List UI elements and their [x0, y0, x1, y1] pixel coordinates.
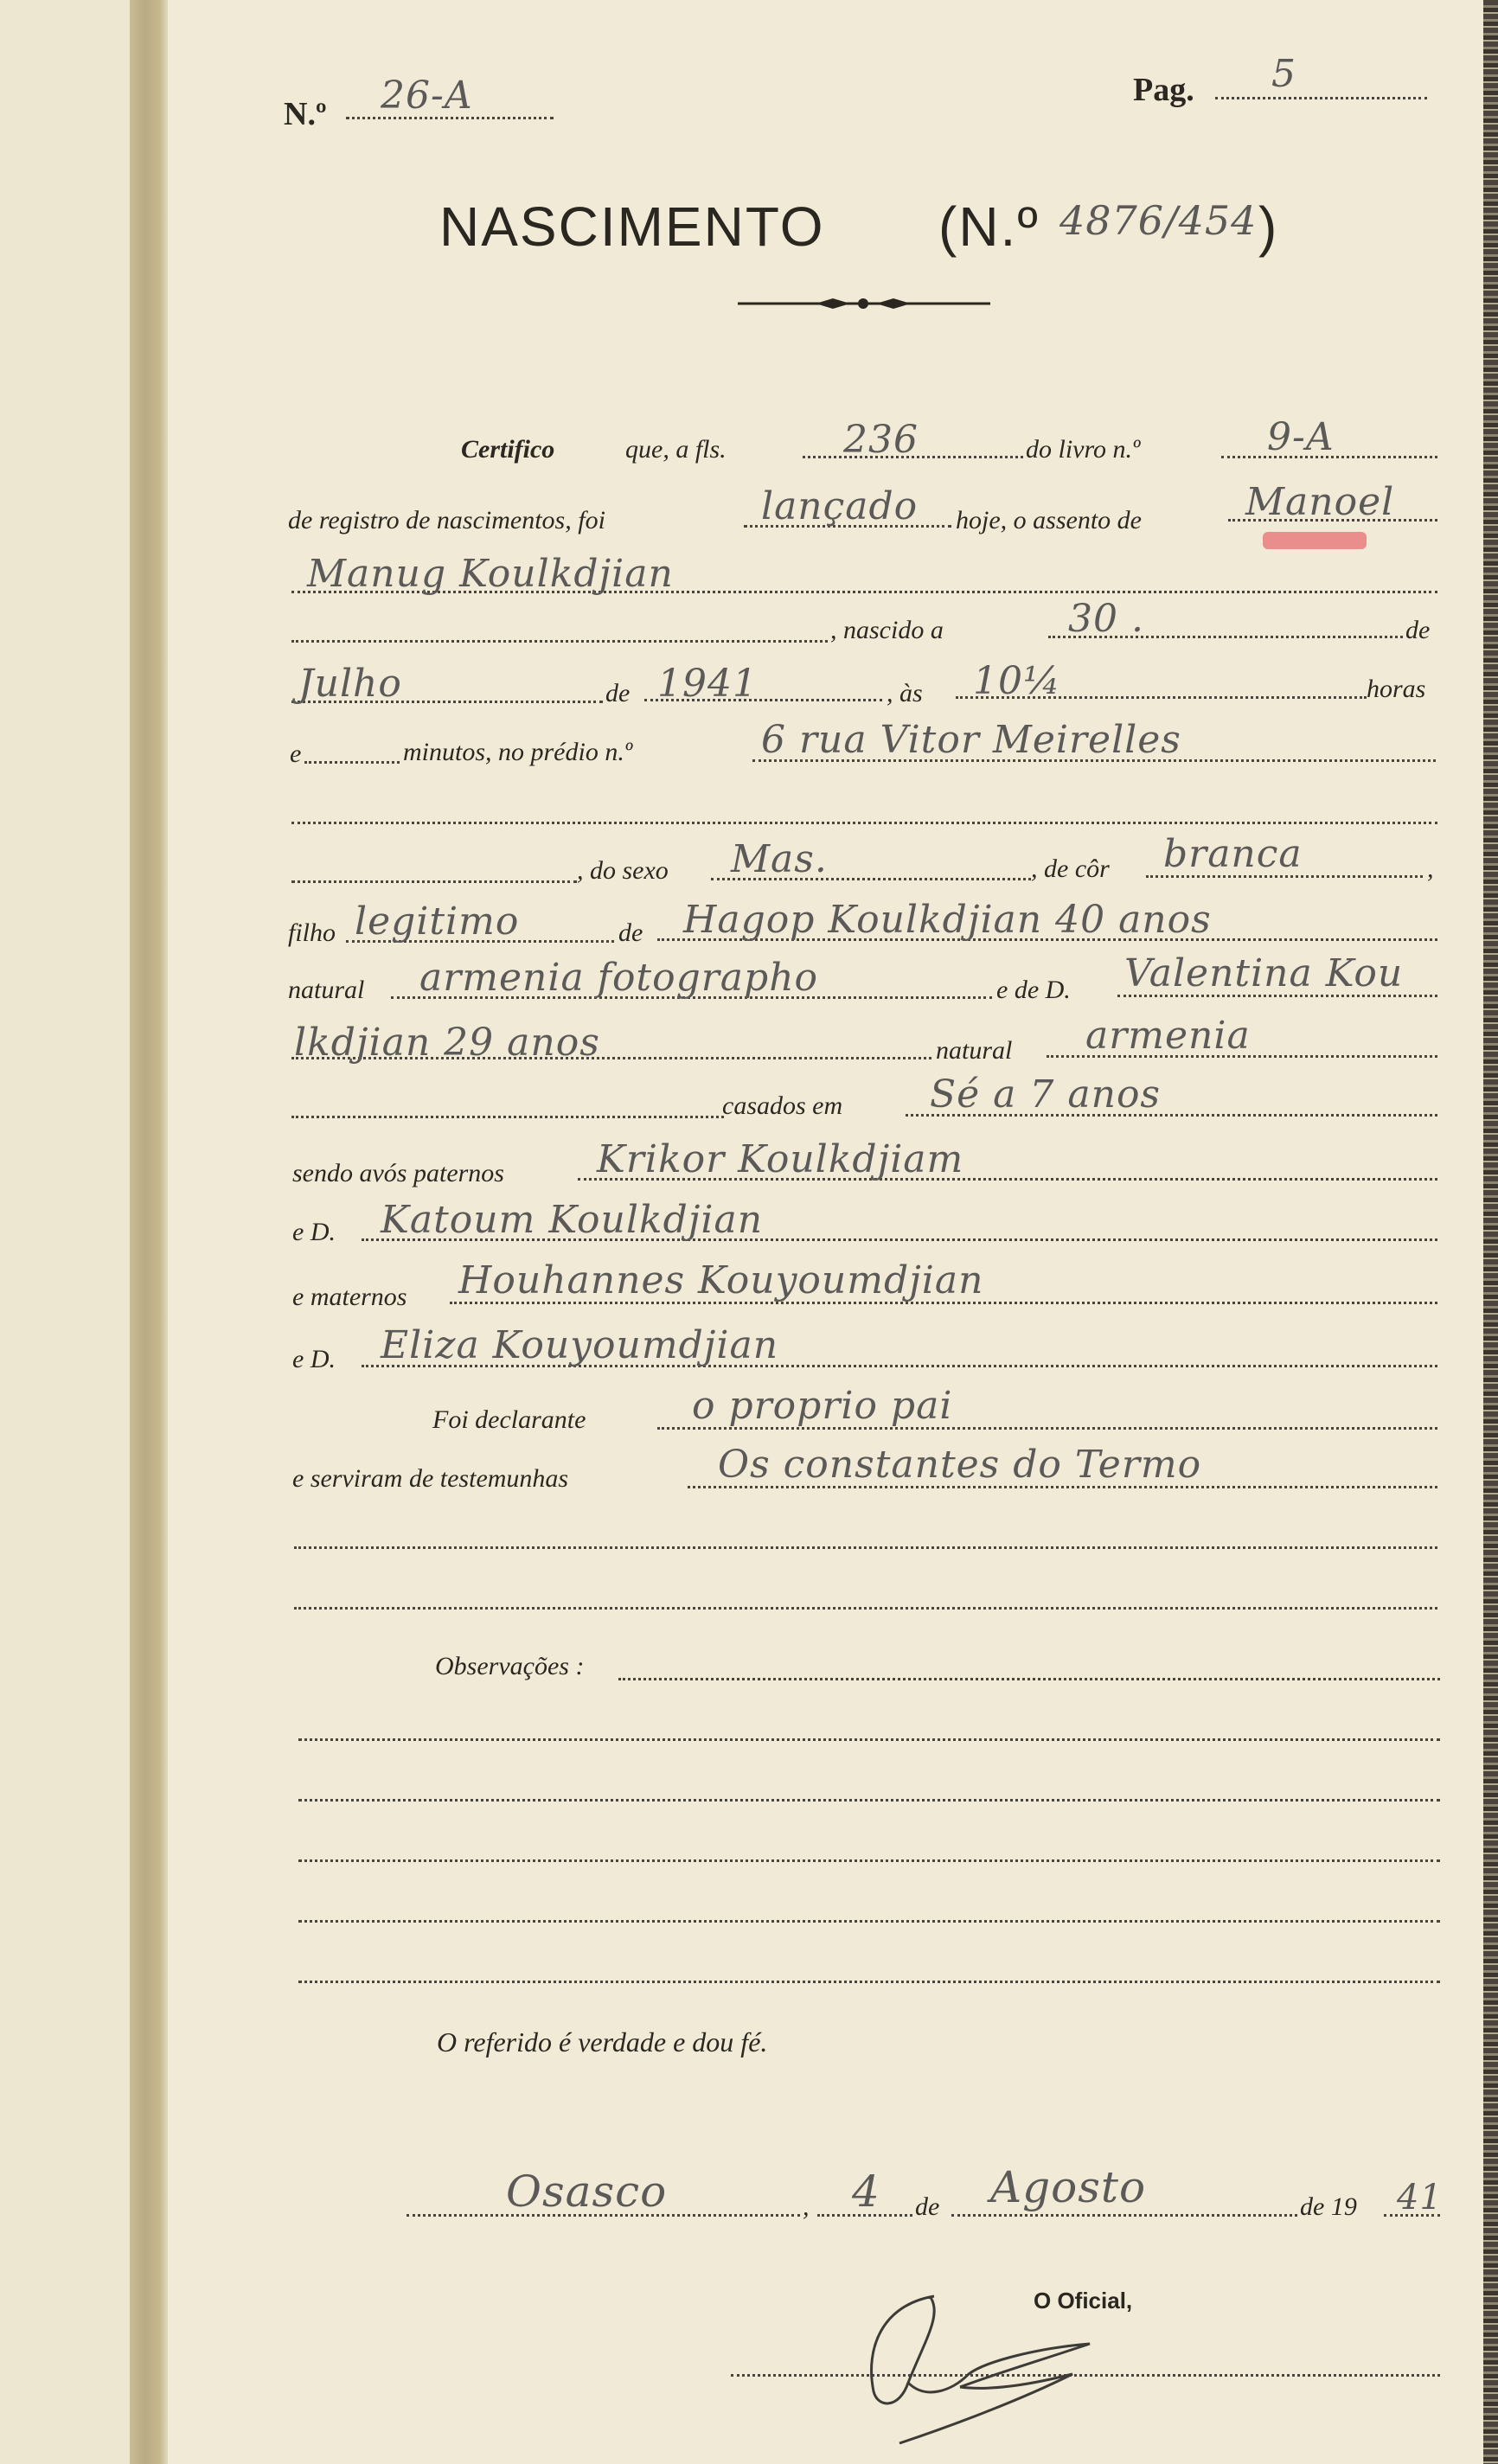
record-number-prefix: (N.º	[938, 195, 1040, 259]
maternos-label: e maternos	[292, 1283, 407, 1312]
mother-origin-value: armenia	[1085, 1014, 1251, 1058]
livro-value: 9-A	[1267, 415, 1335, 459]
attestation-text: O referido é verdade e dou fé.	[437, 2026, 767, 2058]
page-value: 5	[1271, 52, 1296, 96]
birth-year-value: 1941	[657, 662, 758, 706]
observacoes-line-6	[298, 1981, 1440, 1983]
footer-month-value: Agosto	[990, 2162, 1146, 2212]
minutes-line	[304, 761, 400, 764]
blank-line-d	[291, 1116, 724, 1118]
birth-hour-value: 10¼	[973, 659, 1061, 703]
blank-line-a	[291, 640, 828, 643]
footer-day-value: 4	[852, 2166, 880, 2217]
fls-value: 236	[843, 418, 919, 462]
footer-de-label: de	[915, 2192, 939, 2222]
page-label: Pag.	[1133, 71, 1194, 109]
de-father-label: de	[618, 918, 643, 948]
mother-value-2: lkdjian 29 anos	[294, 1021, 600, 1065]
mother-label: e de D.	[996, 976, 1071, 1005]
avo-materno-value: Houhannes Kouyoumdjian	[458, 1258, 983, 1302]
year-line-footer	[1384, 2214, 1440, 2217]
testemunhas-label: e serviram de testemunhas	[292, 1464, 568, 1494]
horas-label: horas	[1367, 675, 1425, 704]
e-d-label-2: e D.	[292, 1345, 336, 1374]
sexo-value: Mas.	[731, 837, 828, 881]
observacoes-line-4	[298, 1859, 1440, 1862]
blank-line-b	[291, 822, 1437, 824]
casados-label: casados em	[722, 1091, 842, 1121]
page-line	[1215, 97, 1427, 99]
observacoes-label: Observações :	[435, 1652, 584, 1681]
filho-label: filho	[288, 918, 336, 948]
comma: ,	[1427, 854, 1434, 884]
fls-label: que, a fls.	[625, 435, 727, 464]
footer-comma: ,	[803, 2192, 810, 2222]
certificate-page	[168, 0, 1483, 2464]
left-page-margin	[0, 0, 130, 2464]
birth-month-value: Julho	[298, 662, 402, 706]
livro-label: do livro n.º	[1026, 435, 1140, 464]
de-label-2: de	[605, 679, 630, 708]
casados-value: Sé a 7 anos	[930, 1072, 1161, 1117]
observacoes-line-2	[298, 1738, 1440, 1741]
filho-value: legitimo	[355, 899, 519, 944]
name-value-1: Manoel	[1245, 480, 1394, 524]
ornament-divider-icon	[738, 298, 990, 310]
sexo-label: , do sexo	[577, 856, 669, 886]
number-value: 26-A	[381, 74, 473, 118]
father-value: Hagop Koulkdjian 40 anos	[683, 898, 1212, 942]
e-label: e	[290, 739, 301, 769]
name-value-2: Manug Koulkdjian	[307, 552, 674, 596]
birth-day-value: 30 .	[1068, 597, 1144, 641]
binding-edge	[1483, 0, 1498, 2464]
footer-de-year-label: de 19	[1300, 2192, 1357, 2222]
month-line-footer	[951, 2214, 1297, 2217]
mother-value-1: Valentina Kou	[1124, 951, 1403, 995]
assento-label: hoje, o assento de	[956, 506, 1142, 535]
blank-line-f	[294, 1607, 1437, 1610]
minutos-label: minutos, no prédio n.º	[403, 738, 632, 767]
footer-year-value: 41	[1397, 2178, 1443, 2218]
record-number-value: 4876/454	[1059, 197, 1257, 244]
nascido-label: , nascido a	[830, 616, 944, 645]
avos-paternos-label: sendo avós paternos	[292, 1159, 504, 1188]
avo-materna-value: Eliza Kouyoumdjian	[381, 1323, 778, 1367]
cor-label: , de côr	[1031, 854, 1110, 884]
blank-line-c	[291, 880, 577, 883]
observacoes-line-1	[618, 1678, 1440, 1680]
certifico-label: Certifico	[461, 435, 554, 464]
registro-label: de registro de nascimentos, foi	[288, 506, 605, 535]
e-d-label-1: e D.	[292, 1218, 336, 1247]
place-value: Osasco	[506, 2166, 667, 2217]
foi-value: lançado	[761, 484, 918, 528]
document-title: NASCIMENTO	[439, 195, 825, 259]
blank-line-e	[294, 1546, 1437, 1549]
declarante-label: Foi declarante	[432, 1405, 586, 1435]
number-label: N.º	[284, 95, 327, 133]
observacoes-line-3	[298, 1799, 1440, 1802]
de-label-1: de	[1405, 616, 1430, 645]
natural-label-1: natural	[288, 976, 364, 1005]
natural-label-2: natural	[936, 1036, 1012, 1066]
observacoes-line-5	[298, 1920, 1440, 1923]
book-gutter	[130, 0, 168, 2464]
red-pencil-underline	[1263, 532, 1367, 549]
cor-value: branca	[1163, 832, 1303, 876]
signature-scribble-icon	[778, 2279, 1185, 2452]
testemunhas-value: Os constantes do Termo	[718, 1443, 1201, 1487]
declarante-value: o proprio pai	[692, 1384, 952, 1428]
record-number-suffix: )	[1258, 195, 1278, 259]
as-label: , às	[887, 679, 923, 708]
address-value: 6 rua Vitor Meirelles	[761, 718, 1181, 762]
avo-paterna-value: Katoum Koulkdjian	[381, 1198, 763, 1242]
avo-paterno-value: Krikor Koulkdjiam	[597, 1137, 963, 1181]
father-origin-value: armenia fotographo	[419, 956, 818, 1000]
